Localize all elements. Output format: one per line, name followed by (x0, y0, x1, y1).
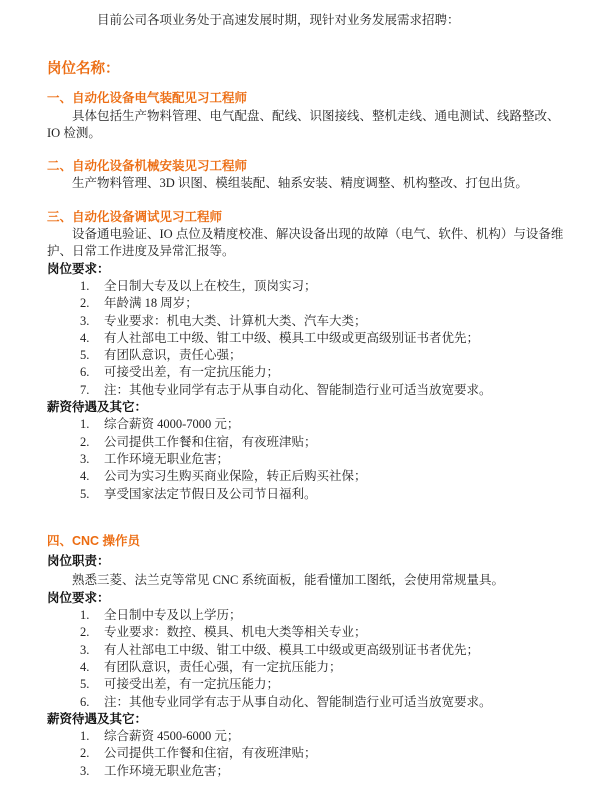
list-item: 有人社部电工中级、钳工中级、模具工中级或更高级别证书者优先； (80, 642, 566, 659)
salary-list: 综合薪资 4000-7000 元； 公司提供工作餐和住宿，有夜班津贴； 工作环境… (47, 416, 566, 502)
list-item: 全日制大专及以上在校生，顶岗实习； (80, 278, 566, 295)
list-item: 公司提供工作餐和住宿，有夜班津贴； (80, 745, 566, 762)
requirements-list: 全日制中专及以上学历； 专业要求：数控、模具、机电大类等相关专业； 有人社部电工… (47, 607, 566, 711)
position-heading: 三、自动化设备调试见习工程师 (47, 209, 566, 226)
requirements-label: 岗位要求： (47, 261, 566, 278)
recruitment-document: 目前公司各项业务处于高速发展时期，现针对业务发展需求招聘： 岗位名称： 一、自动… (0, 0, 612, 806)
position-description: 生产物料管理、3D 识图、模组装配、轴系安装、精度调整、机构整改、打包出货。 (47, 175, 566, 192)
position-section-4: 四、CNC 操作员 岗位职责： 熟悉三菱、法兰克等常见 CNC 系统面板，能看懂… (47, 533, 566, 780)
position-description: 具体包括生产物料管理、电气配盘、配线、识图接线、整机走线、通电测试、线路整改、I… (47, 108, 566, 143)
list-item: 可接受出差，有一定抗压能力； (80, 676, 566, 693)
roster-title: 岗位名称： (47, 59, 566, 79)
list-item: 有团队意识，责任心强； (80, 347, 566, 364)
list-item: 公司提供工作餐和住宿，有夜班津贴； (80, 434, 566, 451)
list-item: 综合薪资 4000-7000 元； (80, 416, 566, 433)
list-item: 综合薪资 4500-6000 元； (80, 728, 566, 745)
salary-list: 综合薪资 4500-6000 元； 公司提供工作餐和住宿，有夜班津贴； 工作环境… (47, 728, 566, 780)
salary-label: 薪资待遇及其它： (47, 399, 566, 416)
list-item: 有人社部电工中级、钳工中级、模具工中级或更高级别证书者优先； (80, 330, 566, 347)
duty-label: 岗位职责： (47, 553, 566, 570)
list-item: 享受国家法定节假日及公司节日福利。 (80, 486, 566, 503)
list-item: 公司为实习生购买商业保险，转正后购买社保； (80, 468, 566, 485)
position-section-3: 三、自动化设备调试见习工程师 设备通电验证、IO 点位及精度校准、解决设备出现的… (47, 209, 566, 503)
requirements-list: 全日制大专及以上在校生，顶岗实习； 年龄满 18 周岁； 专业要求：机电大类、计… (47, 278, 566, 399)
list-item: 专业要求：机电大类、计算机大类、汽车大类； (80, 313, 566, 330)
position-section-2: 二、自动化设备机械安装见习工程师 生产物料管理、3D 识图、模组装配、轴系安装、… (47, 158, 566, 193)
position-heading: 四、CNC 操作员 (47, 533, 566, 550)
position-heading: 一、自动化设备电气装配见习工程师 (47, 90, 566, 107)
list-item: 工作环境无职业危害； (80, 763, 566, 780)
list-item: 注：其他专业同学有志于从事自动化、智能制造行业可适当放宽要求。 (80, 694, 566, 711)
position-heading: 二、自动化设备机械安装见习工程师 (47, 158, 566, 175)
list-item: 有团队意识，责任心强，有一定抗压能力； (80, 659, 566, 676)
list-item: 全日制中专及以上学历； (80, 607, 566, 624)
list-item: 年龄满 18 周岁； (80, 295, 566, 312)
intro-paragraph: 目前公司各项业务处于高速发展时期，现针对业务发展需求招聘： (97, 12, 566, 29)
list-item: 专业要求：数控、模具、机电大类等相关专业； (80, 624, 566, 641)
list-item: 可接受出差，有一定抗压能力； (80, 364, 566, 381)
position-section-1: 一、自动化设备电气装配见习工程师 具体包括生产物料管理、电气配盘、配线、识图接线… (47, 90, 566, 142)
list-item: 注：其他专业同学有志于从事自动化、智能制造行业可适当放宽要求。 (80, 382, 566, 399)
position-description: 设备通电验证、IO 点位及精度校准、解决设备出现的故障（电气、软件、机构）与设备… (47, 226, 566, 261)
duty-description: 熟悉三菱、法兰克等常见 CNC 系统面板，能看懂加工图纸，会使用常规量具。 (47, 572, 566, 589)
salary-label: 薪资待遇及其它： (47, 711, 566, 728)
list-item: 工作环境无职业危害； (80, 451, 566, 468)
requirements-label: 岗位要求： (47, 590, 566, 607)
